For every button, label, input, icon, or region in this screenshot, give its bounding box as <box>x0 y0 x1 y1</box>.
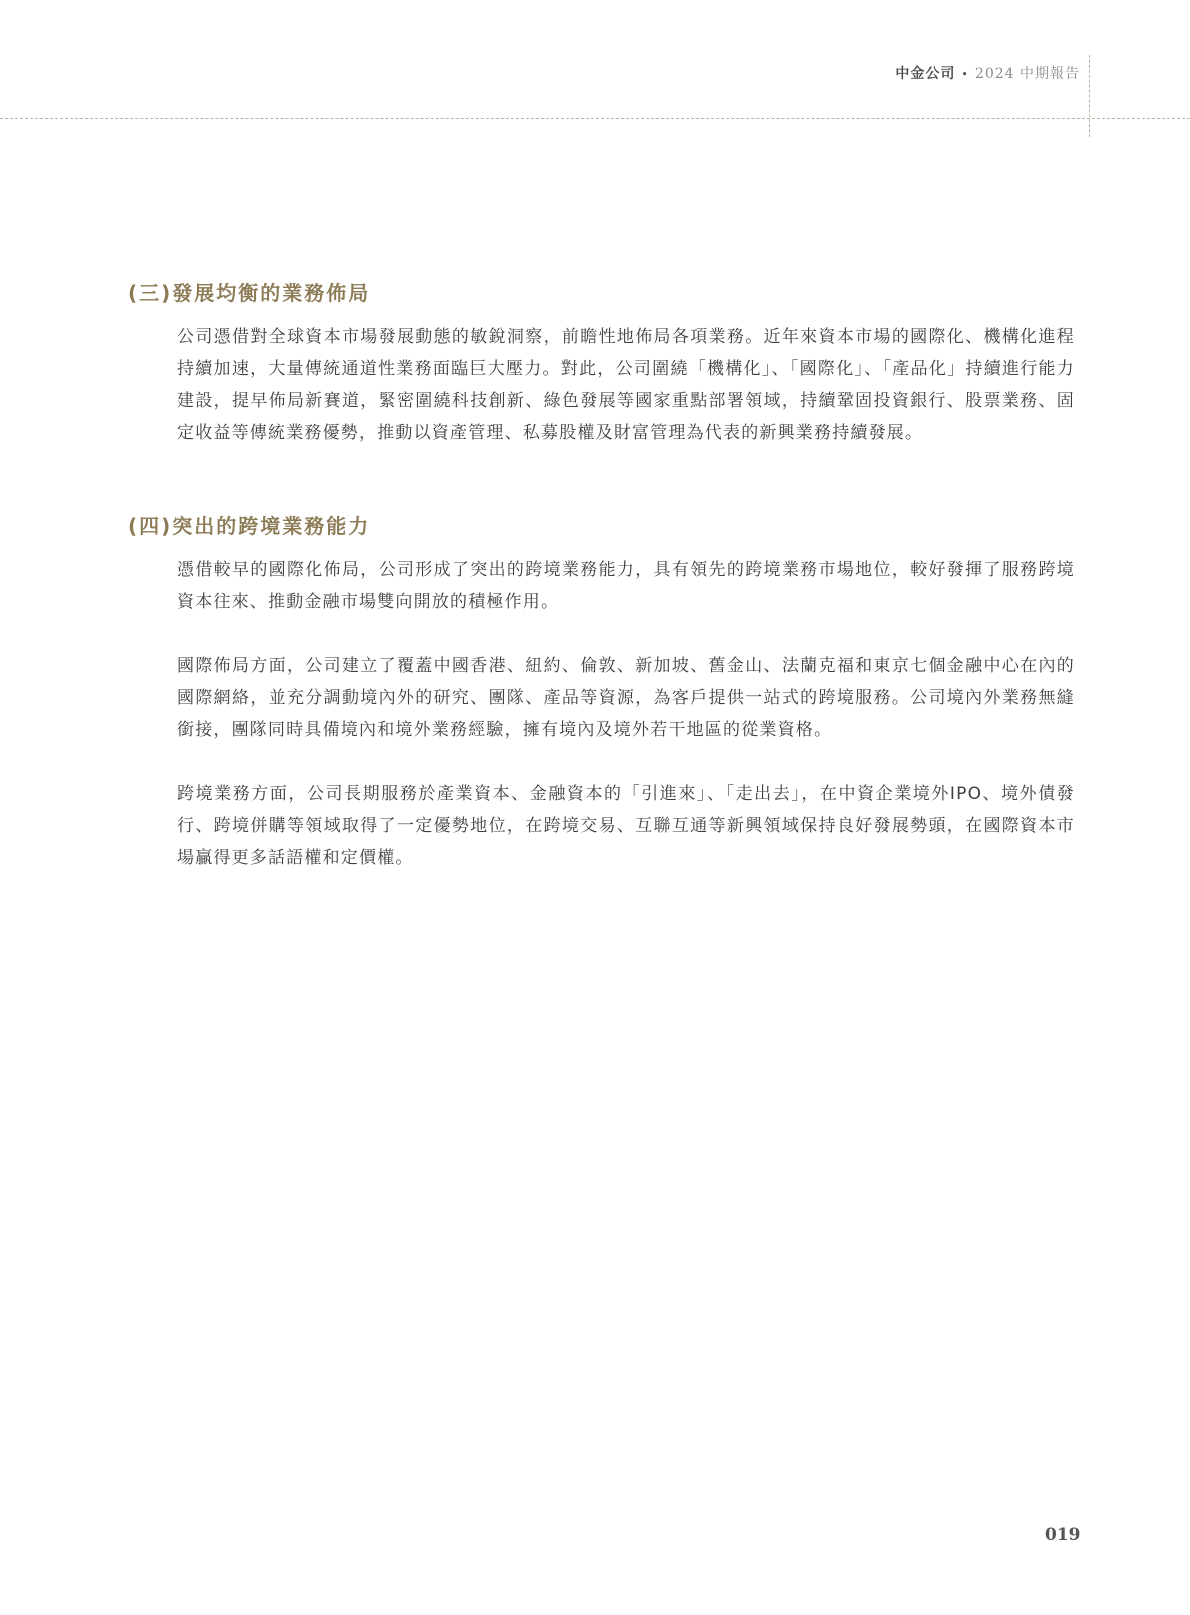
section-heading-balanced-layout: (三)發展均衡的業務佈局 <box>128 279 370 307</box>
paragraph-cross-border-intro: 憑借較早的國際化佈局，公司形成了突出的跨境業務能力，具有領先的跨境業務市場地位，… <box>177 554 1075 618</box>
running-header: 中金公司•2024 中期報告 <box>895 62 1080 87</box>
paragraph-international-layout: 國際佈局方面，公司建立了覆蓋中國香港、紐約、倫敦、新加坡、舊金山、法蘭克福和東京… <box>177 650 1075 746</box>
header-bullet-separator: • <box>961 68 969 81</box>
page-number: 019 <box>1045 1525 1081 1545</box>
paragraph-cross-border-business: 跨境業務方面，公司長期服務於產業資本、金融資本的「引進來」、「走出去」，在中資企… <box>177 778 1075 874</box>
header-vertical-dashed-divider <box>1089 55 1090 137</box>
header-company-name: 中金公司 <box>895 66 955 82</box>
section-heading-cross-border: (四)突出的跨境業務能力 <box>128 512 370 540</box>
paragraph-balanced-layout: 公司憑借對全球資本市場發展動態的敏銳洞察，前瞻性地佈局各項業務。近年來資本市場的… <box>177 321 1075 449</box>
header-report-title: 2024 中期報告 <box>975 66 1080 82</box>
header-dashed-divider <box>0 118 1190 119</box>
